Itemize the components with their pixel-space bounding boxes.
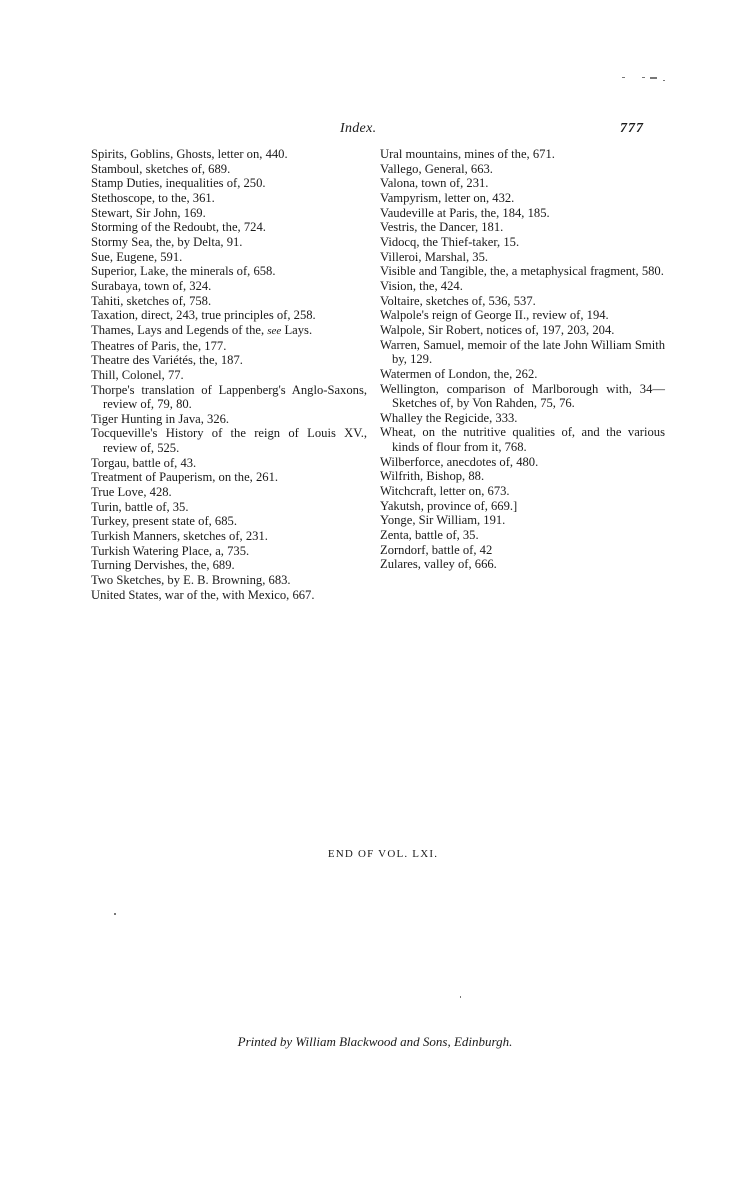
index-entry-text: Theatres of Paris, the, 177.	[91, 339, 226, 353]
index-entry: Turning Dervishes, the, 689.	[91, 558, 367, 573]
index-entry-text: Thames, Lays and Legends of the,	[91, 323, 267, 337]
index-entry: Thames, Lays and Legends of the, see Lay…	[91, 323, 367, 339]
index-entry: Yakutsh, province of, 669.]	[380, 499, 665, 514]
index-entry-text: Storming of the Redoubt, the, 724.	[91, 220, 266, 234]
index-entry: Turkish Watering Place, a, 735.	[91, 544, 367, 559]
index-entry-text: Voltaire, sketches of, 536, 537.	[380, 294, 536, 308]
index-entry-text: Tocqueville's History of the reign of Lo…	[91, 426, 367, 455]
index-entry-text: Wellington, comparison of Marlborough wi…	[380, 382, 665, 411]
index-entry: True Love, 428.	[91, 485, 367, 500]
index-entry-text: Stamboul, sketches of, 689.	[91, 162, 230, 176]
index-entry-text: Vaudeville at Paris, the, 184, 185.	[380, 206, 550, 220]
index-entry-text: Treatment of Pauperism, on the, 261.	[91, 470, 278, 484]
index-entry: Witchcraft, letter on, 673.	[380, 484, 665, 499]
index-entry-text: Two Sketches, by E. B. Browning, 683.	[91, 573, 291, 587]
index-entry: Storming of the Redoubt, the, 724.	[91, 220, 367, 235]
scan-speck	[622, 77, 625, 78]
index-entry: Watermen of London, the, 262.	[380, 367, 665, 382]
index-entry-text: Visible and Tangible, the, a metaphysica…	[380, 264, 664, 278]
index-entry-text: Tahiti, sketches of, 758.	[91, 294, 211, 308]
index-entry-text: Zulares, valley of, 666.	[380, 557, 497, 571]
index-entry-text: Valona, town of, 231.	[380, 176, 488, 190]
index-entry-text: United States, war of the, with Mexico, …	[91, 588, 315, 602]
index-entry-text: Ural mountains, mines of the, 671.	[380, 147, 555, 161]
index-entry: Stamp Duties, inequalities of, 250.	[91, 176, 367, 191]
index-entry: Theatre des Variétés, the, 187.	[91, 353, 367, 368]
index-entry: Tiger Hunting in Java, 326.	[91, 412, 367, 427]
scan-speck	[663, 80, 665, 81]
index-entry: Stethoscope, to the, 361.	[91, 191, 367, 206]
index-entry: Vestris, the Dancer, 181.	[380, 220, 665, 235]
index-entry-text: Whalley the Regicide, 333.	[380, 411, 517, 425]
index-entry-text: Thill, Colonel, 77.	[91, 368, 184, 382]
index-entry-text: Warren, Samuel, memoir of the late John …	[380, 338, 665, 367]
index-entry-text: Watermen of London, the, 262.	[380, 367, 537, 381]
scan-speck	[650, 77, 657, 79]
index-entry: Turkish Manners, sketches of, 231.	[91, 529, 367, 544]
index-entry: Stewart, Sir John, 169.	[91, 206, 367, 221]
index-entry: Taxation, direct, 243, true principles o…	[91, 308, 367, 323]
index-column-right: Ural mountains, mines of the, 671.Valleg…	[380, 147, 665, 572]
index-column-left: Spirits, Goblins, Ghosts, letter on, 440…	[91, 147, 367, 602]
index-entry-text: Yonge, Sir William, 191.	[380, 513, 505, 527]
index-entry-text: Turning Dervishes, the, 689.	[91, 558, 235, 572]
scan-speck	[642, 77, 645, 78]
index-entry: Two Sketches, by E. B. Browning, 683.	[91, 573, 367, 588]
running-header: Index. 777	[0, 121, 750, 139]
index-entry: Whalley the Regicide, 333.	[380, 411, 665, 426]
index-entry: Wellington, comparison of Marlborough wi…	[380, 382, 665, 411]
index-entry-text: Vidocq, the Thief-taker, 15.	[380, 235, 519, 249]
index-entry: Villeroi, Marshal, 35.	[380, 250, 665, 265]
index-entry-text: Wilberforce, anecdotes of, 480.	[380, 455, 538, 469]
index-entry: Walpole's reign of George II., review of…	[380, 308, 665, 323]
index-entry: Vaudeville at Paris, the, 184, 185.	[380, 206, 665, 221]
index-entry-text: Turkey, present state of, 685.	[91, 514, 237, 528]
index-entry-text: Surabaya, town of, 324.	[91, 279, 211, 293]
index-entry: Theatres of Paris, the, 177.	[91, 339, 367, 354]
index-entry: Wilfrith, Bishop, 88.	[380, 469, 665, 484]
index-entry-text: Sue, Eugene, 591.	[91, 250, 182, 264]
running-header-title: Index.	[340, 121, 376, 137]
index-entry-text: True Love, 428.	[91, 485, 172, 499]
index-entry: Treatment of Pauperism, on the, 261.	[91, 470, 367, 485]
index-entry-text: Spirits, Goblins, Ghosts, letter on, 440…	[91, 147, 288, 161]
index-entry-text: Torgau, battle of, 43.	[91, 456, 196, 470]
index-entry-text: Superior, Lake, the minerals of, 658.	[91, 264, 276, 278]
index-entry-text: Wheat, on the nutritive qualities of, an…	[380, 425, 665, 454]
page-number: 777	[620, 121, 644, 137]
index-entry: Warren, Samuel, memoir of the late John …	[380, 338, 665, 367]
index-entry: Vision, the, 424.	[380, 279, 665, 294]
index-entry-text: Zenta, battle of, 35.	[380, 528, 479, 542]
index-entry-text: Vision, the, 424.	[380, 279, 463, 293]
index-entry-text: Walpole's reign of George II., review of…	[380, 308, 609, 322]
index-entry: Stamboul, sketches of, 689.	[91, 162, 367, 177]
end-of-volume-note: END OF VOL. LXI.	[0, 848, 750, 860]
index-entry: Visible and Tangible, the, a metaphysica…	[380, 264, 665, 279]
index-entry: Ural mountains, mines of the, 671.	[380, 147, 665, 162]
index-entry: Vampyrism, letter on, 432.	[380, 191, 665, 206]
index-entry-text: Theatre des Variétés, the, 187.	[91, 353, 243, 367]
index-entry: Spirits, Goblins, Ghosts, letter on, 440…	[91, 147, 367, 162]
see-target: Lays.	[281, 323, 312, 337]
index-entry: Walpole, Sir Robert, notices of, 197, 20…	[380, 323, 665, 338]
index-entry: Thill, Colonel, 77.	[91, 368, 367, 383]
index-entry: Turkey, present state of, 685.	[91, 514, 367, 529]
index-entry-text: Yakutsh, province of, 669.]	[380, 499, 517, 513]
index-entry-text: Turkish Manners, sketches of, 231.	[91, 529, 268, 543]
index-entry-text: Thorpe's translation of Lappenberg's Ang…	[91, 383, 367, 412]
index-entry: Torgau, battle of, 43.	[91, 456, 367, 471]
scan-speck	[460, 996, 461, 998]
index-entry: Zulares, valley of, 666.	[380, 557, 665, 572]
index-entry: Thorpe's translation of Lappenberg's Ang…	[91, 383, 367, 412]
index-entry-text: Taxation, direct, 243, true principles o…	[91, 308, 316, 322]
index-entry-text: Turkish Watering Place, a, 735.	[91, 544, 249, 558]
index-entry-text: Turin, battle of, 35.	[91, 500, 189, 514]
index-entry: Valona, town of, 231.	[380, 176, 665, 191]
index-entry-text: Zorndorf, battle of, 42	[380, 543, 492, 557]
index-entry-text: Vampyrism, letter on, 432.	[380, 191, 514, 205]
index-entry: Zorndorf, battle of, 42	[380, 543, 665, 558]
index-entry: United States, war of the, with Mexico, …	[91, 588, 367, 603]
index-entry: Superior, Lake, the minerals of, 658.	[91, 264, 367, 279]
index-entry: Zenta, battle of, 35.	[380, 528, 665, 543]
scan-speck	[114, 913, 116, 915]
index-entry: Wilberforce, anecdotes of, 480.	[380, 455, 665, 470]
index-entry-text: Stethoscope, to the, 361.	[91, 191, 215, 205]
printer-imprint: Printed by William Blackwood and Sons, E…	[0, 1034, 750, 1050]
index-entry: Turin, battle of, 35.	[91, 500, 367, 515]
index-entry-text: Vestris, the Dancer, 181.	[380, 220, 503, 234]
index-entry: Sue, Eugene, 591.	[91, 250, 367, 265]
index-entry: Surabaya, town of, 324.	[91, 279, 367, 294]
index-entry-text: Tiger Hunting in Java, 326.	[91, 412, 229, 426]
index-entry: Vallego, General, 663.	[380, 162, 665, 177]
index-entry-text: Stewart, Sir John, 169.	[91, 206, 206, 220]
index-entry: Wheat, on the nutritive qualities of, an…	[380, 425, 665, 454]
index-entry: Voltaire, sketches of, 536, 537.	[380, 294, 665, 309]
index-entry: Tocqueville's History of the reign of Lo…	[91, 426, 367, 455]
index-entry: Stormy Sea, the, by Delta, 91.	[91, 235, 367, 250]
index-entry-text: Stormy Sea, the, by Delta, 91.	[91, 235, 242, 249]
index-entry-text: Villeroi, Marshal, 35.	[380, 250, 488, 264]
index-entry-text: Stamp Duties, inequalities of, 250.	[91, 176, 266, 190]
index-entry: Vidocq, the Thief-taker, 15.	[380, 235, 665, 250]
index-entry-text: Witchcraft, letter on, 673.	[380, 484, 510, 498]
index-entry-text: Vallego, General, 663.	[380, 162, 493, 176]
index-entry-text: Walpole, Sir Robert, notices of, 197, 20…	[380, 323, 614, 337]
index-entry-text: Wilfrith, Bishop, 88.	[380, 469, 484, 483]
index-entry: Tahiti, sketches of, 758.	[91, 294, 367, 309]
see-reference: see	[267, 325, 281, 337]
index-entry: Yonge, Sir William, 191.	[380, 513, 665, 528]
